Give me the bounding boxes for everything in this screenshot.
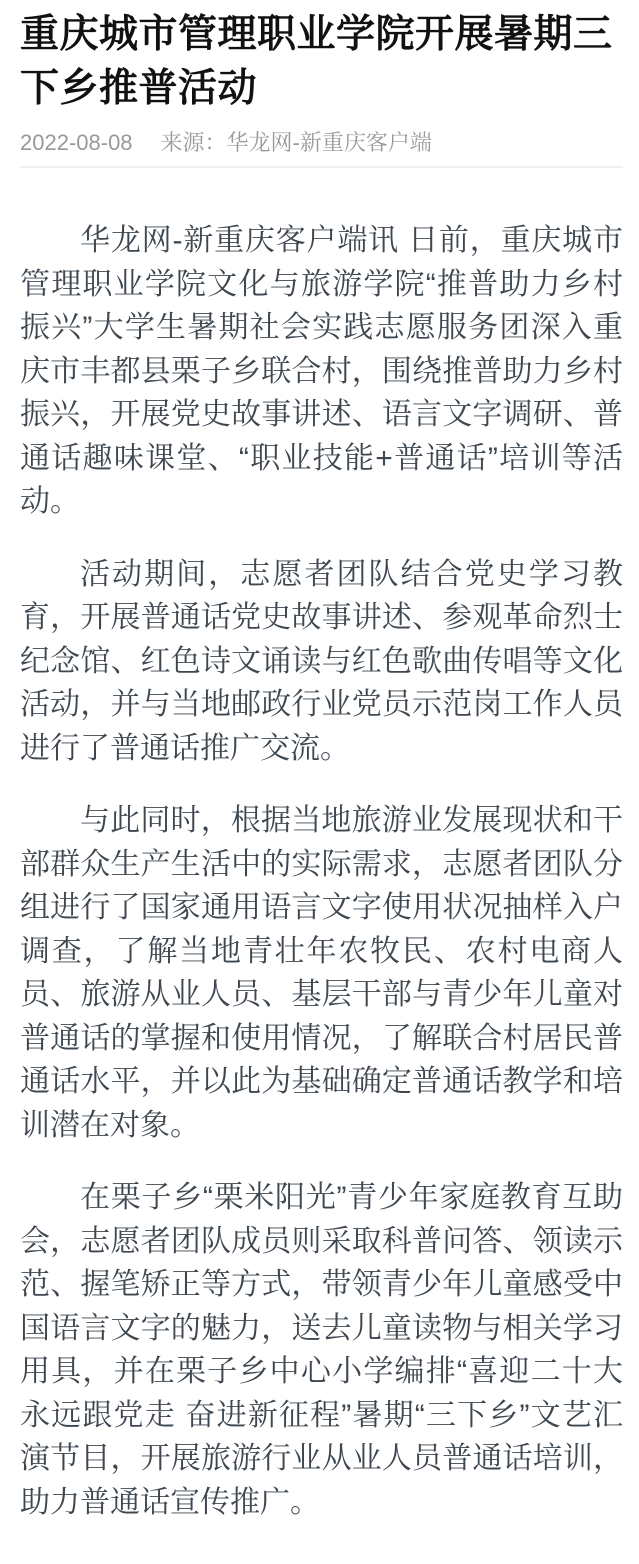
- article-source: 来源：华龙网-新重庆客户端: [161, 130, 432, 155]
- paragraph-2: 活动期间，志愿者团队结合党史学习教育，开展普通话党史故事讲述、参观革命烈士纪念馆…: [20, 553, 623, 771]
- paragraph-1: 华龙网-新重庆客户端讯 日前，重庆城市管理职业学院文化与旅游学院“推普助力乡村振…: [20, 219, 623, 524]
- header-divider: [20, 166, 623, 168]
- paragraph-3: 与此同时，根据当地旅游业发展现状和干部群众生产生活中的实际需求，志愿者团队分组进…: [20, 799, 623, 1147]
- article-body: 华龙网-新重庆客户端讯 日前，重庆城市管理职业学院文化与旅游学院“推普助力乡村振…: [20, 219, 623, 1524]
- article-page: 重庆城市管理职业学院开展暑期三下乡推普活动 2022-08-08来源：华龙网-新…: [0, 0, 639, 1564]
- article-title: 重庆城市管理职业学院开展暑期三下乡推普活动: [20, 8, 623, 116]
- article-meta: 2022-08-08来源：华龙网-新重庆客户端: [20, 128, 623, 158]
- paragraph-4: 在栗子乡“栗米阳光”青少年家庭教育互助会，志愿者团队成员则采取科普问答、领读示范…: [20, 1176, 623, 1524]
- publish-date: 2022-08-08: [20, 130, 133, 155]
- news-article: 重庆城市管理职业学院开展暑期三下乡推普活动 2022-08-08来源：华龙网-新…: [20, 8, 623, 1524]
